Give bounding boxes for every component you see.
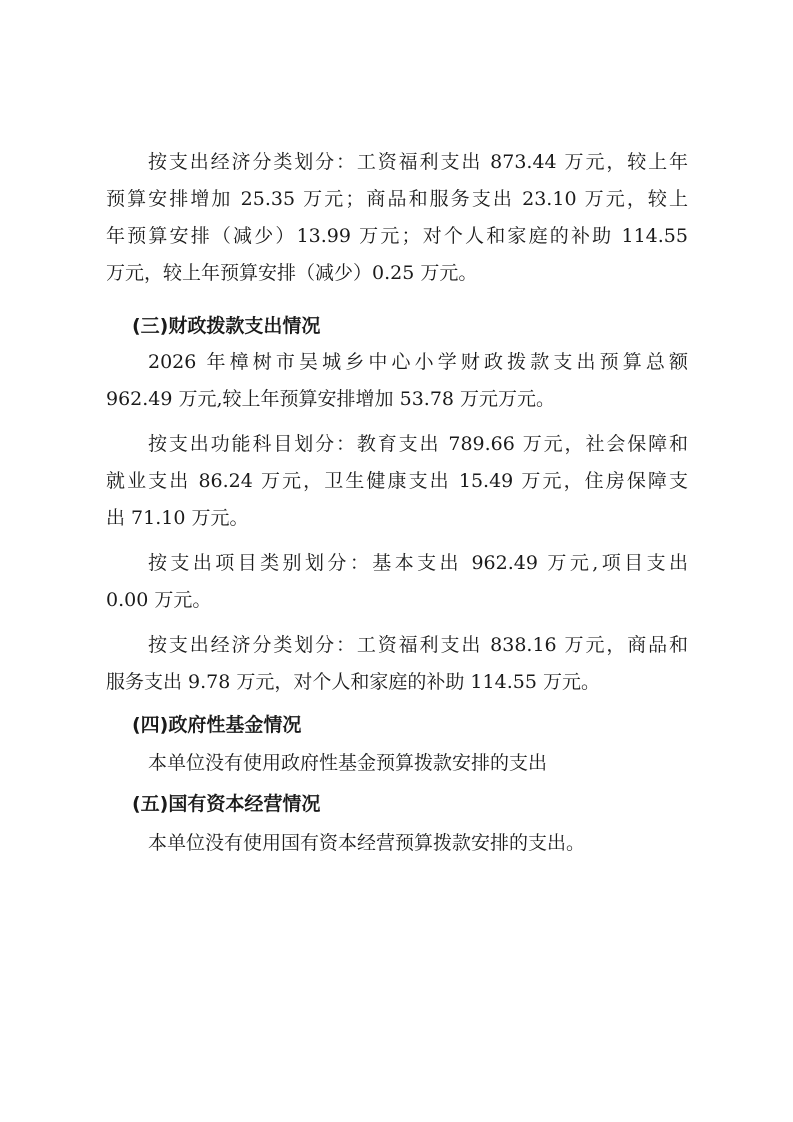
paragraph-line: 2026 年樟树市吴城乡中心小学财政拨款支出预算总额 (148, 349, 688, 375)
paragraph-line: 服务支出 9.78 万元，对个人和家庭的补助 114.55 万元。 (106, 669, 688, 695)
section-heading-3: (三)财政拨款支出情况 (132, 313, 320, 339)
paragraph-line: 0.00 万元。 (106, 587, 688, 613)
document-page: 按支出经济分类划分：工资福利支出 873.44 万元，较上年 预算安排增加 25… (0, 0, 793, 1122)
paragraph-line: 按支出经济分类划分：工资福利支出 873.44 万元，较上年 (148, 149, 688, 175)
paragraph-line: 本单位没有使用国有资本经营预算拨款安排的支出。 (148, 830, 688, 856)
paragraph-line: 万元，较上年预算安排（减少）0.25 万元。 (106, 260, 688, 286)
paragraph-line: 预算安排增加 25.35 万元；商品和服务支出 23.10 万元，较上 (106, 186, 688, 212)
paragraph-line: 按支出经济分类划分：工资福利支出 838.16 万元，商品和 (148, 632, 688, 658)
paragraph-line: 本单位没有使用政府性基金预算拨款安排的支出 (148, 750, 688, 776)
paragraph-line: 年预算安排（减少）13.99 万元；对个人和家庭的补助 114.55 (106, 223, 688, 249)
paragraph-line: 就业支出 86.24 万元，卫生健康支出 15.49 万元，住房保障支 (106, 468, 688, 494)
section-heading-5: (五)国有资本经营情况 (132, 791, 320, 817)
section-heading-4: (四)政府性基金情况 (132, 712, 301, 738)
paragraph-line: 按支出功能科目划分：教育支出 789.66 万元，社会保障和 (148, 431, 688, 457)
paragraph-line: 出 71.10 万元。 (106, 505, 688, 531)
paragraph-line: 按支出项目类别划分：基本支出 962.49 万元,项目支出 (148, 550, 688, 576)
paragraph-line: 962.49 万元,较上年预算安排增加 53.78 万元万元。 (106, 386, 688, 412)
